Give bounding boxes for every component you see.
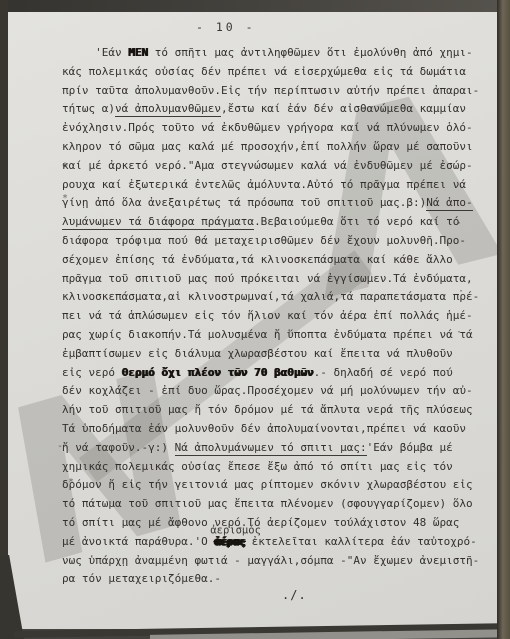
text-segment: ρα τόν μεταχειριζόμεθα.- xyxy=(62,572,221,585)
text-segment: πει νά τά ἁπλώσωμεν εἰς τόν ἥλιον καί τό… xyxy=(62,309,473,322)
text-line: καί μέ ἀρκετό νερό."Αμα στεγνώσωμεν καλά… xyxy=(62,157,466,176)
text-line: δέν κοχλάζει - ἐπί δυο ὥρας.Προσέχομεν ν… xyxy=(62,382,466,401)
pencil-mark: · xyxy=(456,328,462,338)
text-line: ἤ νά ταφοῦν.-γ:) Νά ἀπολυμάνωμεν τό σπιτ… xyxy=(62,439,466,458)
text-segment: ἐνόχλησιν.Πρός τοῦτο νά ἐκδυθῶμεν γρήγορ… xyxy=(62,121,473,134)
text-line: εἰς νερό θερμό ὄχι πλέον τῶν 70 βαθμῶν.-… xyxy=(62,364,466,383)
text-segment: τό σπῆτι μας ἀντιληφθῶμεν ὅτι ἐμολύνθη ἀ… xyxy=(148,46,473,59)
text-line: ἐνόχλησιν.Πρός τοῦτο νά ἐκδυθῶμεν γρήγορ… xyxy=(62,119,466,138)
pencil-mark: · xyxy=(458,287,464,297)
text-segment: χημικάς πολεμικάς οὐσίας ἔπεσε ἔξω ἀπό τ… xyxy=(62,460,453,473)
pencil-mark: * xyxy=(62,194,68,204)
scan-border-left xyxy=(0,0,8,639)
text-line: χημικάς πολεμικάς οὐσίας ἔπεσε ἔξω ἀπό τ… xyxy=(62,458,466,477)
pencil-mark: ÷ xyxy=(62,161,68,171)
text-segment: κάς πολεμικάς οὐσίας δέν πρέπει νά εἰσερ… xyxy=(62,65,466,78)
scanned-page-photo: Ν Λ - 10 - 'Εάν ΜΕΝ τό σπῆτι μας ἀντιληφ… xyxy=(0,0,510,639)
text-segment: ρας χωρίς διακοπήν.Τά μολυσμένα ἤ ὕποπτα… xyxy=(62,328,473,341)
pencil-mark: · xyxy=(456,219,462,229)
text-segment: 'Εάν βόμβα μέ xyxy=(367,441,453,454)
text-line: τό πάτωμα τοῦ σπιτιοῦ μας ἔπειτα πλένομε… xyxy=(62,495,466,514)
text-line: κλινοσκεπάσματα,αἱ κλινοστρωμναί,τά χαλι… xyxy=(62,288,466,307)
underlined-heading: Νά ἀπο- xyxy=(426,196,472,211)
text-line: 'Εάν ΜΕΝ τό σπῆτι μας ἀντιληφθῶμεν ὅτι ἐ… xyxy=(62,44,466,63)
text-segment: ἤ νά ταφοῦν.-γ:) xyxy=(62,441,175,454)
pencil-mark: - xyxy=(57,442,63,452)
text-line: διάφορα τρόφιμα πού θά μεταχειρισθῶμεν δ… xyxy=(62,232,466,251)
text-line: πρᾶγμα τοῦ σπιτιοῦ μας πού πρόκειται νά … xyxy=(62,270,466,289)
text-segment: δέν κοχλάζει - ἐπί δυο ὥρας.Προσέχομεν ν… xyxy=(62,384,473,397)
text-line: μέ ἀνοικτά παράθυρα.'Ο ἀερισμόςἀέρας ἐκτ… xyxy=(62,533,466,552)
text-line: ἐμβαπτίσωμεν εἰς διάλυμα χλωρασβέστου κα… xyxy=(62,345,466,364)
text-line: λήν τοῦ σπιτιοῦ μας ἤ τόν δρόμον μέ τά ἄ… xyxy=(62,401,466,420)
text-line: λυμάνωμεν τά διάφορα πράγματα.Βεβαιούμεθ… xyxy=(62,213,466,232)
text-segment: νως ὑπάρχῃ ἀναμμένη φωτιά - μαγγάλι,σόμπ… xyxy=(62,554,479,567)
overtyped-word: θερμό ὄχι πλέον τῶν 70 βαθμῶν xyxy=(122,366,314,379)
text-line: ρας χωρίς διακοπήν.Τά μολυσμένα ἤ ὕποπτα… xyxy=(62,326,466,345)
text-line: πει νά τά ἁπλώσωμεν εἰς τόν ἥλιον καί τό… xyxy=(62,307,466,326)
text-line: ρα τόν μεταχειριζόμεθα.- xyxy=(62,570,466,589)
overtyped-word: ΜΕΝ xyxy=(128,46,148,59)
text-segment: .Βεβαιούμεθα ὅτι τό νερό καί τό xyxy=(254,215,459,228)
text-segment: κληρον τό σῶμα μας καλά μέ προσοχήν,ἐπί … xyxy=(62,140,473,153)
text-segment: διάφορα τρόφιμα πού θά μεταχειρισθῶμεν δ… xyxy=(62,234,466,247)
text-line: τήτως α)νά ἀπολυμανθῶμεν,ἔστω καί ἐάν δέ… xyxy=(62,100,466,119)
text-line: σέχομεν ἐπίσης τά ἐνδύματα,τά κλινοσκεπά… xyxy=(62,251,466,270)
text-segment: γίνῃ ἀπό ὅλα ἀνεξαιρέτως τά πρόσωπα τοῦ … xyxy=(62,196,426,209)
underlined-heading: νά ἀπολυμανθῶμεν xyxy=(115,102,221,117)
text-segment: μέ ἀνοικτά παράθυρα.'Ο xyxy=(62,535,214,548)
text-line: τό σπίτι μας μέ ἄφθονο νερό.Τό ἀερίζομεν… xyxy=(62,514,466,533)
text-line: κληρον τό σῶμα μας καλά μέ προσοχήν,ἐπί … xyxy=(62,138,466,157)
document-lines: 'Εάν ΜΕΝ τό σπῆτι μας ἀντιληφθῶμεν ὅτι ἐ… xyxy=(62,44,466,589)
underlined-heading: λυμάνωμεν τά διάφορα πράγματα xyxy=(62,215,254,230)
underlined-heading: Νά ἀπολυμάνωμεν τό σπιτι μας: xyxy=(175,441,367,456)
text-line: νως ὑπάρχῃ ἀναμμένη φωτιά - μαγγάλι,σόμπ… xyxy=(62,552,466,571)
text-segment: 'Εάν xyxy=(62,46,128,59)
end-of-page-mark: ./. xyxy=(282,588,307,602)
text-segment: λήν τοῦ σπιτιοῦ μας ἤ τόν δρόμον μέ τά ἄ… xyxy=(62,403,473,416)
text-line: γίνῃ ἀπό ὅλα ἀνεξαιρέτως τά πρόσωπα τοῦ … xyxy=(62,194,466,213)
interlinear-correction: ἀερισμός xyxy=(210,521,261,540)
text-segment: πρᾶγμα τοῦ σπιτιοῦ μας πού πρόκειται νά … xyxy=(62,272,473,285)
text-line: Τά ὑποδήματα ἐάν μολυνθοῦν δέν ἀπολυμαίν… xyxy=(62,420,466,439)
text-segment: καί μέ ἀρκετό νερό."Αμα στεγνώσωμεν καλά… xyxy=(62,159,473,172)
text-segment: ἐμβαπτίσωμεν εἰς διάλυμα χλωρασβέστου κα… xyxy=(62,347,453,360)
text-line: κάς πολεμικάς οὐσίας δέν πρέπει νά εἰσερ… xyxy=(62,63,466,82)
text-line: δρόμον ἤ εἰς τήν γειτονιά μας ρίπτομεν σ… xyxy=(62,476,466,495)
text-segment: ρουχα καί ἐξωτερικά ἐντελῶς ἀμόλυντα.Αὐτ… xyxy=(62,178,466,191)
pencil-mark: * xyxy=(68,478,74,488)
text-segment: δρόμον ἤ εἰς τήν γειτονιά μας ρίπτομεν σ… xyxy=(62,478,473,491)
text-segment: τήτως α) xyxy=(62,102,115,115)
text-segment: σέχομεν ἐπίσης τά ἐνδύματα,τά κλινοσκεπά… xyxy=(62,253,453,266)
text-segment: εἰς νερό xyxy=(62,366,122,379)
text-segment: .- δηλαδή σέ νερό πού xyxy=(314,366,453,379)
text-segment: πρίν ταῦτα ἀπολυμανθοῦν.Εἰς τήν περίπτωσ… xyxy=(62,84,479,97)
scan-border-top xyxy=(0,0,510,12)
text-segment: ἐκτελεῖται καλλίτερα ἐάν ταὐτοχρό- xyxy=(245,535,477,548)
text-segment: κλινοσκεπάσματα,αἱ κλινοστρωμναί,τά χαλι… xyxy=(62,290,479,303)
text-segment: Τά ὑποδήματα ἐάν μολυνθοῦν δέν ἀπολυμαίν… xyxy=(62,422,466,435)
text-segment: τό πάτωμα τοῦ σπιτιοῦ μας ἔπειτα πλένομε… xyxy=(62,497,473,510)
text-line: πρίν ταῦτα ἀπολυμανθοῦν.Εἰς τήν περίπτωσ… xyxy=(62,82,466,101)
text-line: ρουχα καί ἐξωτερικά ἐντελῶς ἀμόλυντα.Αὐτ… xyxy=(62,176,466,195)
scan-border-right xyxy=(497,0,510,639)
text-segment: ,ἔστω καί ἐάν δέν αἰσθανώμεθα καμμίαν xyxy=(221,102,466,115)
page-number: - 10 - xyxy=(196,20,256,34)
